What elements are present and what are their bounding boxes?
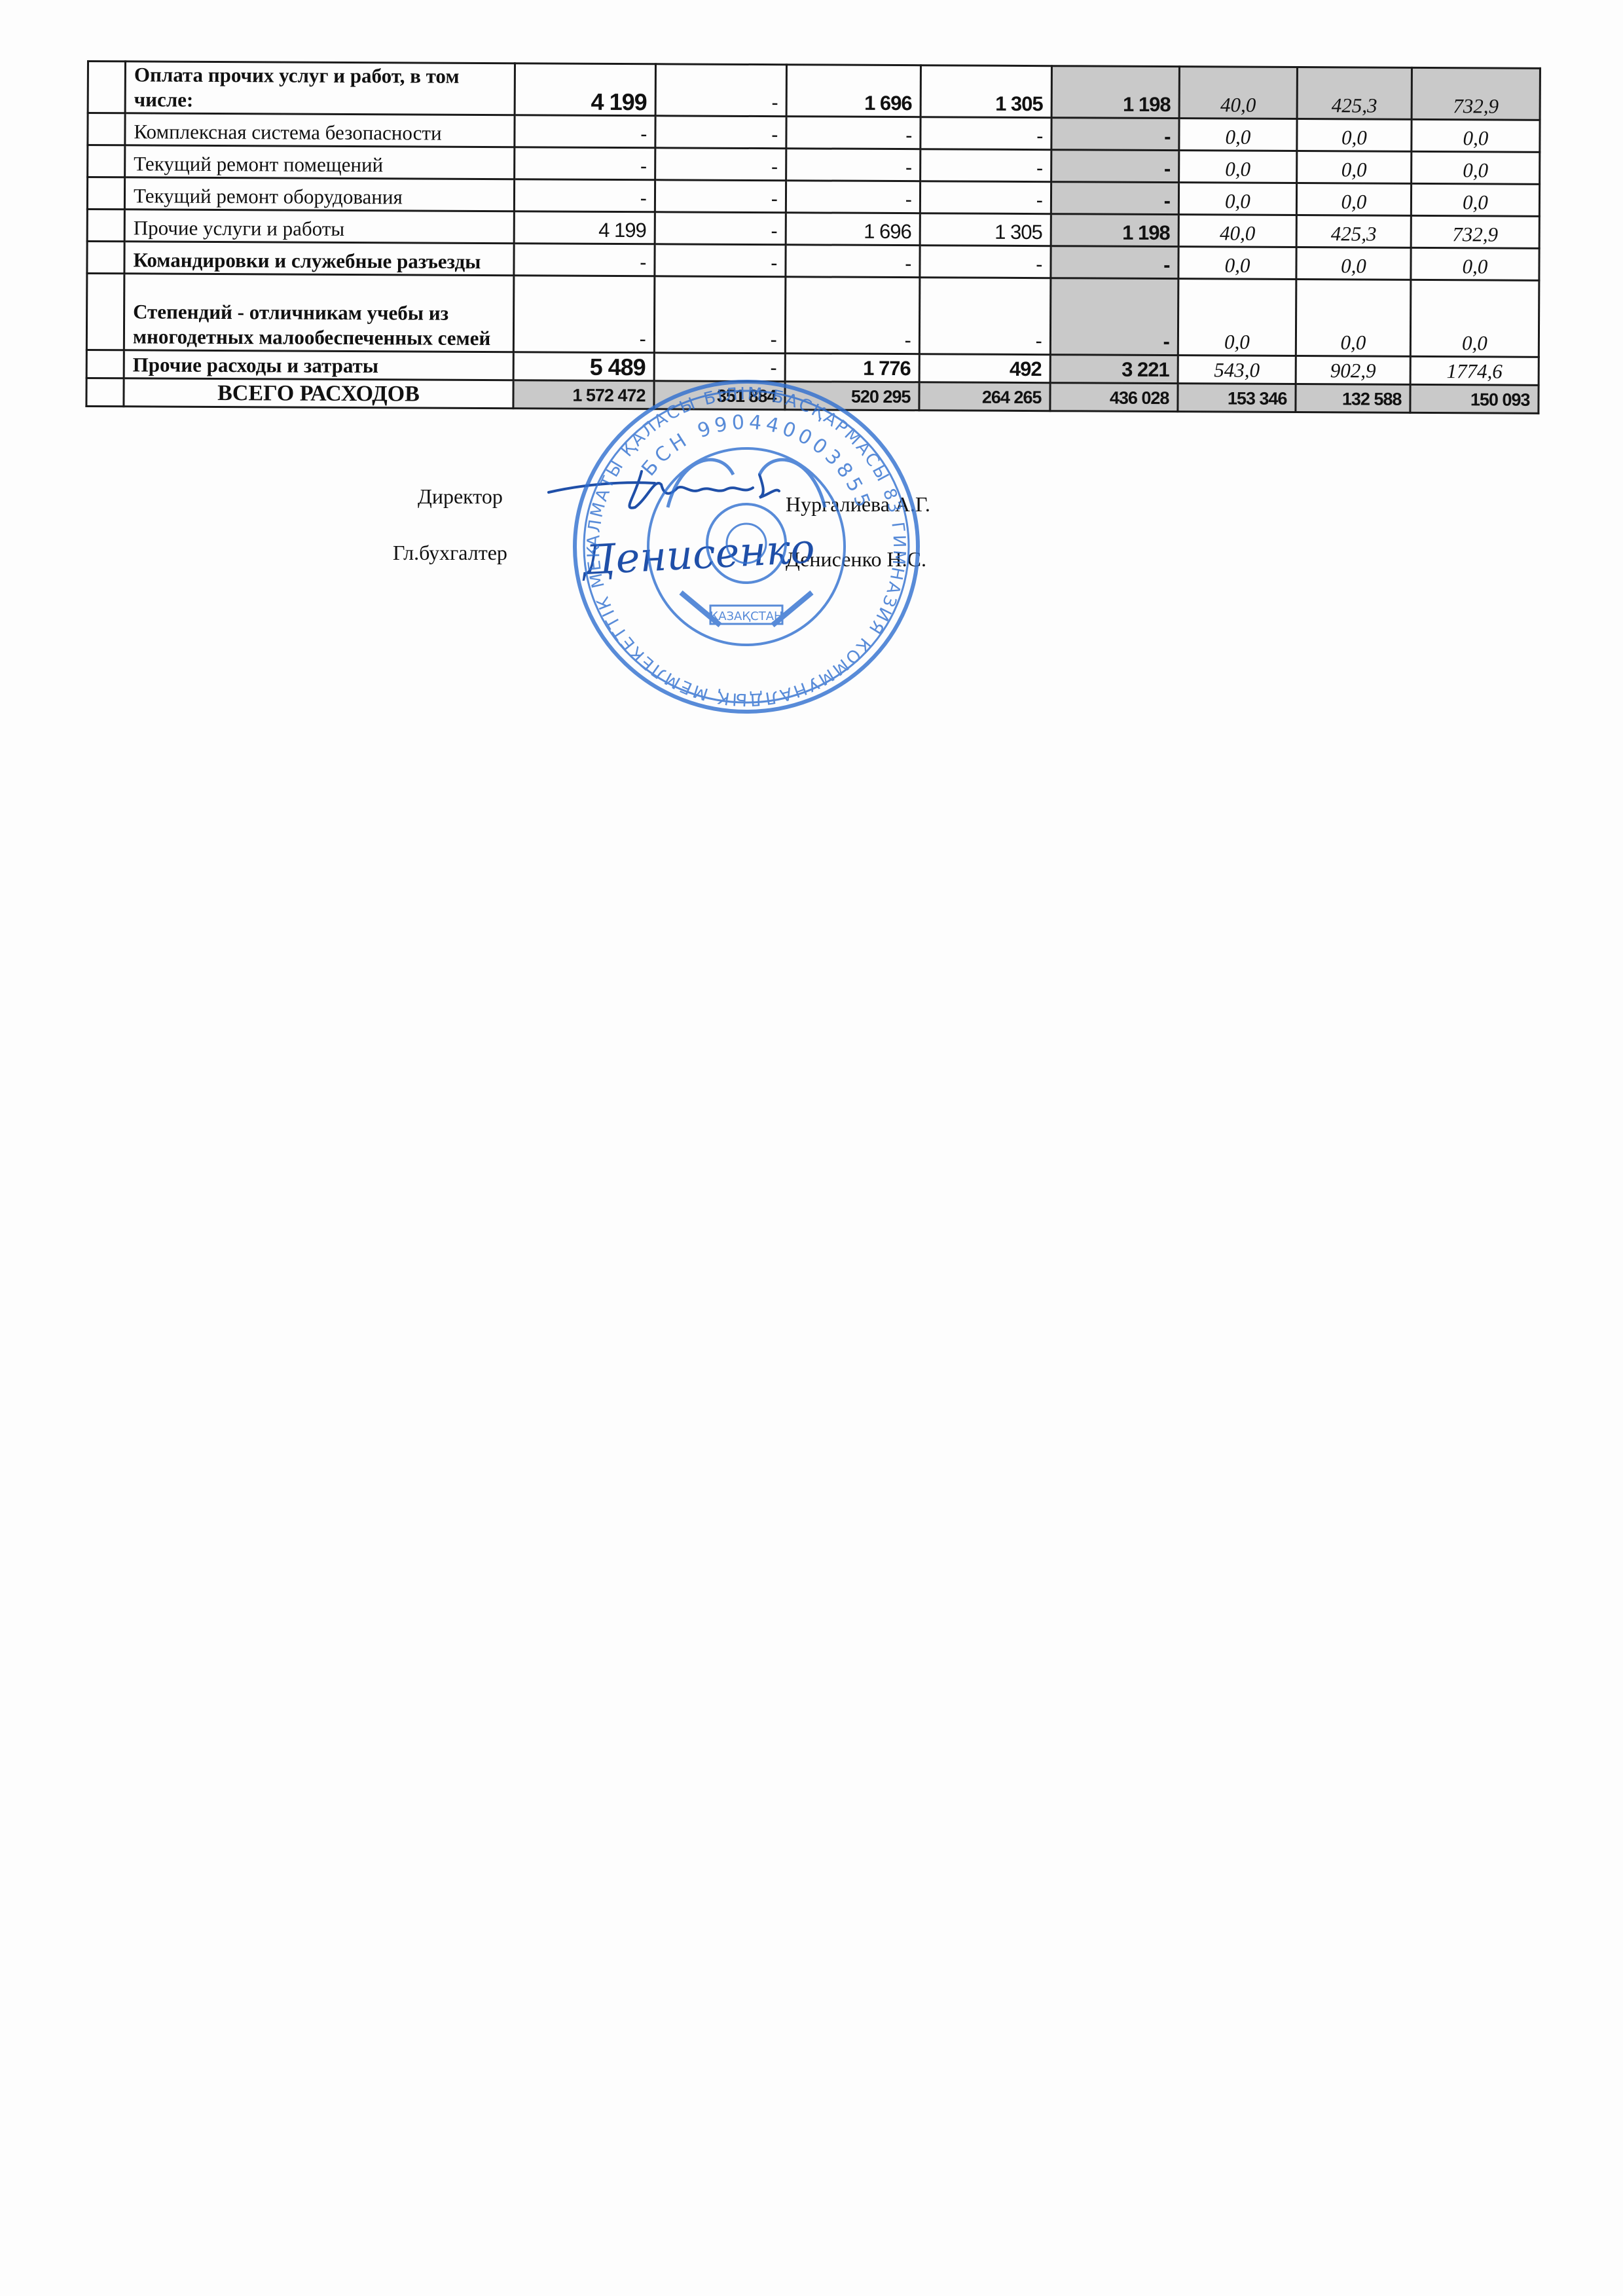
row-label: Комплексная система безопасности: [125, 113, 515, 147]
percent-cell: 0,0: [1178, 183, 1296, 215]
value-cell: -: [921, 117, 1051, 150]
percent-cell: 0,0: [1410, 280, 1539, 357]
row-index-cell: [88, 145, 125, 177]
percent-cell: 40,0: [1178, 215, 1296, 247]
total-value-cell: 153 346: [1178, 384, 1296, 412]
value-cell: -: [1051, 118, 1179, 151]
official-stamp: АЛМАТЫ ҚАЛАСЫ БІЛІМ БАСҚАРМАСЫ 83 ГИМНАЗ…: [570, 376, 923, 717]
total-label: ВСЕГО РАСХОДОВ: [124, 378, 513, 409]
value-cell: -: [1051, 182, 1178, 215]
value-cell: 1 305: [921, 65, 1051, 118]
percent-cell: 543,0: [1178, 355, 1296, 384]
row-index-cell: [86, 274, 124, 350]
row-index-cell: [88, 113, 125, 145]
percent-cell: 1774,6: [1410, 356, 1539, 385]
value-cell: -: [785, 277, 920, 354]
value-cell: -: [786, 245, 920, 278]
percent-cell: 732,9: [1411, 215, 1539, 248]
percent-cell: 0,0: [1296, 247, 1411, 280]
row-label: Командировки и служебные разъезды: [124, 242, 514, 276]
value-cell: -: [920, 246, 1051, 278]
total-value-cell: 150 093: [1410, 384, 1539, 413]
value-cell: -: [1050, 278, 1178, 355]
value-cell: -: [514, 244, 655, 276]
value-cell: -: [655, 244, 786, 277]
row-label: Текущий ремонт помещений: [125, 145, 515, 179]
value-cell: -: [1051, 150, 1179, 183]
percent-cell: 0,0: [1297, 151, 1412, 184]
director-role-label: Директор: [418, 484, 503, 509]
percent-cell: 0,0: [1412, 151, 1540, 184]
value-cell: -: [655, 116, 786, 149]
row-index-cell: [87, 177, 124, 210]
value-cell: -: [513, 276, 655, 353]
percent-cell: 0,0: [1178, 247, 1296, 280]
accountant-role-label: Гл.бухгалтер: [393, 541, 507, 565]
value-cell: -: [786, 181, 920, 213]
value-cell: -: [786, 117, 921, 149]
value-cell: -: [786, 149, 921, 181]
table-row: Степендий - отличникам учебы из многодет…: [86, 274, 1539, 357]
value-cell: 1 198: [1051, 214, 1178, 247]
value-cell: 1 305: [920, 213, 1051, 246]
document-page: Оплата прочих услуг и работ, в том числе…: [0, 0, 1623, 2296]
value-cell: -: [655, 180, 786, 213]
percent-cell: 0,0: [1297, 119, 1412, 152]
percent-cell: 0,0: [1296, 183, 1411, 216]
value-cell: 492: [919, 354, 1050, 383]
total-value-cell: 132 588: [1296, 384, 1410, 413]
percent-cell: 0,0: [1179, 118, 1297, 151]
percent-cell: 0,0: [1179, 151, 1297, 183]
stamp-center-text: ҚАЗАҚСТАН: [710, 610, 782, 623]
row-label: Текущий ремонт оборудования: [124, 177, 514, 211]
value-cell: -: [920, 181, 1051, 214]
value-cell: 1 198: [1051, 66, 1179, 118]
value-cell: 4 199: [515, 64, 655, 116]
value-cell: 1 696: [786, 65, 921, 117]
value-cell: -: [919, 278, 1051, 355]
percent-cell: 0,0: [1296, 280, 1411, 357]
row-label: Прочие расходы и затраты: [124, 350, 513, 380]
total-value-cell: 436 028: [1050, 383, 1178, 412]
percent-cell: 0,0: [1178, 279, 1296, 356]
value-cell: -: [655, 148, 786, 181]
value-cell: -: [1051, 246, 1178, 279]
value-cell: -: [655, 64, 786, 117]
value-cell: -: [655, 212, 786, 245]
value-cell: 1 696: [786, 213, 920, 246]
percent-cell: 425,3: [1296, 215, 1411, 248]
row-index-cell: [87, 242, 124, 274]
value-cell: -: [921, 149, 1051, 182]
value-cell: -: [514, 179, 655, 212]
row-label: Прочие услуги и работы: [124, 210, 514, 244]
row-label: Оплата прочих услуг и работ, в том числе…: [125, 62, 515, 115]
percent-cell: 732,9: [1412, 67, 1540, 120]
percent-cell: 425,3: [1297, 67, 1412, 120]
value-cell: -: [515, 147, 655, 180]
value-cell: -: [515, 115, 655, 148]
value-cell: -: [654, 276, 786, 354]
row-index-cell: [87, 210, 124, 242]
expenses-table: Оплата прочих услуг и работ, в том числе…: [85, 60, 1541, 414]
percent-cell: 0,0: [1411, 183, 1539, 216]
value-cell: 3 221: [1050, 355, 1178, 384]
total-value-cell: 264 265: [919, 382, 1050, 411]
value-cell: 4 199: [514, 211, 655, 244]
row-index-cell: [86, 378, 124, 407]
percent-cell: 902,9: [1296, 356, 1410, 385]
percent-cell: 0,0: [1411, 247, 1539, 280]
row-index-cell: [88, 62, 125, 113]
row-index-cell: [86, 350, 124, 378]
percent-cell: 0,0: [1412, 119, 1540, 152]
table-row: Оплата прочих услуг и работ, в том числе…: [88, 62, 1540, 120]
row-label: Степендий - отличникам учебы из многодет…: [124, 274, 514, 352]
percent-cell: 40,0: [1179, 67, 1297, 119]
